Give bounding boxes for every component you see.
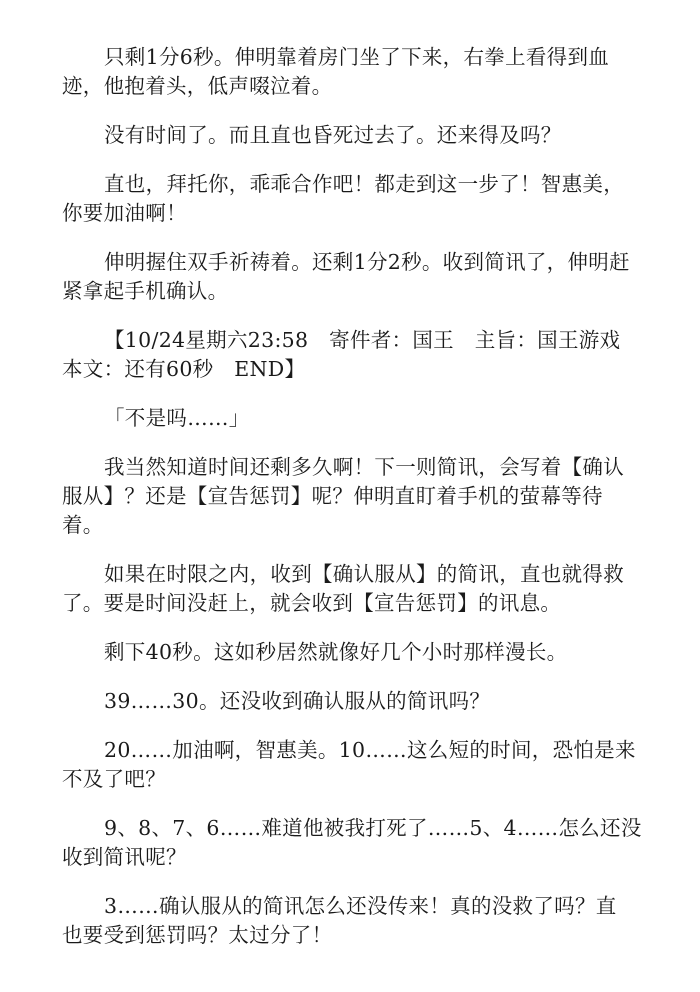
text-line: 9、8、7、6……难道他被我打死了……5、4……怎么还没 — [62, 814, 652, 843]
text-line: 39……30。还没收到确认服从的简讯吗？ — [62, 687, 652, 716]
paragraph-dialogue: 「不是吗……」 — [62, 404, 652, 433]
paragraph-text-message: 【10/24星期六23:58 寄件者：国王 主旨：国王游戏 本文：还有60秒 E… — [62, 326, 652, 384]
document-page: 只剩1分6秒。伸明靠着房门坐了下来，右拳上看得到血 迹，他抱着头，低声啜泣着。 … — [62, 43, 652, 970]
text-line: 了。要是时间没赶上，就会收到【宣告惩罚】的讯息。 — [62, 589, 652, 618]
text-line: 你要加油啊！ — [62, 199, 652, 228]
paragraph-10: 39……30。还没收到确认服从的简讯吗？ — [62, 687, 652, 716]
text-line: 服从】？还是【宣告惩罚】呢？伸明直盯着手机的萤幕等待 — [62, 482, 652, 511]
text-line: 【10/24星期六23:58 寄件者：国王 主旨：国王游戏 — [62, 326, 652, 355]
text-line: 如果在时限之内，收到【确认服从】的简讯，直也就得救 — [62, 560, 652, 589]
paragraph-2: 没有时间了。而且直也昏死过去了。还来得及吗？ — [62, 121, 652, 150]
text-line: 只剩1分6秒。伸明靠着房门坐了下来，右拳上看得到血 — [62, 43, 652, 72]
text-line: 没有时间了。而且直也昏死过去了。还来得及吗？ — [62, 121, 652, 150]
paragraph-12: 9、8、7、6……难道他被我打死了……5、4……怎么还没 收到简讯呢？ — [62, 814, 652, 872]
text-line: 伸明握住双手祈祷着。还剩1分2秒。收到简讯了，伸明赶 — [62, 248, 652, 277]
paragraph-9: 剩下40秒。这如秒居然就像好几个小时那样漫长。 — [62, 638, 652, 667]
text-line: 迹，他抱着头，低声啜泣着。 — [62, 72, 652, 101]
text-line: 也要受到惩罚吗？太过分了！ — [62, 921, 652, 950]
paragraph-13: 3……确认服从的简讯怎么还没传来！真的没救了吗？直 也要受到惩罚吗？太过分了！ — [62, 892, 652, 950]
text-line: 直也，拜托你，乖乖合作吧！都走到这一步了！智惠美， — [62, 170, 652, 199]
paragraph-4: 伸明握住双手祈祷着。还剩1分2秒。收到简讯了，伸明赶 紧拿起手机确认。 — [62, 248, 652, 306]
paragraph-8: 如果在时限之内，收到【确认服从】的简讯，直也就得救 了。要是时间没赶上，就会收到… — [62, 560, 652, 618]
text-line: 本文：还有60秒 END】 — [62, 355, 652, 384]
text-line: 收到简讯呢？ — [62, 843, 652, 872]
text-line: 不及了吧？ — [62, 765, 652, 794]
paragraph-11: 20……加油啊，智惠美。10……这么短的时间，恐怕是来 不及了吧？ — [62, 736, 652, 794]
text-line: 3……确认服从的简讯怎么还没传来！真的没救了吗？直 — [62, 892, 652, 921]
text-line: 紧拿起手机确认。 — [62, 277, 652, 306]
text-line: 着。 — [62, 511, 652, 540]
text-line: 「不是吗……」 — [62, 404, 652, 433]
paragraph-7: 我当然知道时间还剩多久啊！下一则简讯，会写着【确认 服从】？还是【宣告惩罚】呢？… — [62, 453, 652, 540]
text-line: 20……加油啊，智惠美。10……这么短的时间，恐怕是来 — [62, 736, 652, 765]
paragraph-1: 只剩1分6秒。伸明靠着房门坐了下来，右拳上看得到血 迹，他抱着头，低声啜泣着。 — [62, 43, 652, 101]
paragraph-3: 直也，拜托你，乖乖合作吧！都走到这一步了！智惠美， 你要加油啊！ — [62, 170, 652, 228]
text-line: 我当然知道时间还剩多久啊！下一则简讯，会写着【确认 — [62, 453, 652, 482]
text-line: 剩下40秒。这如秒居然就像好几个小时那样漫长。 — [62, 638, 652, 667]
